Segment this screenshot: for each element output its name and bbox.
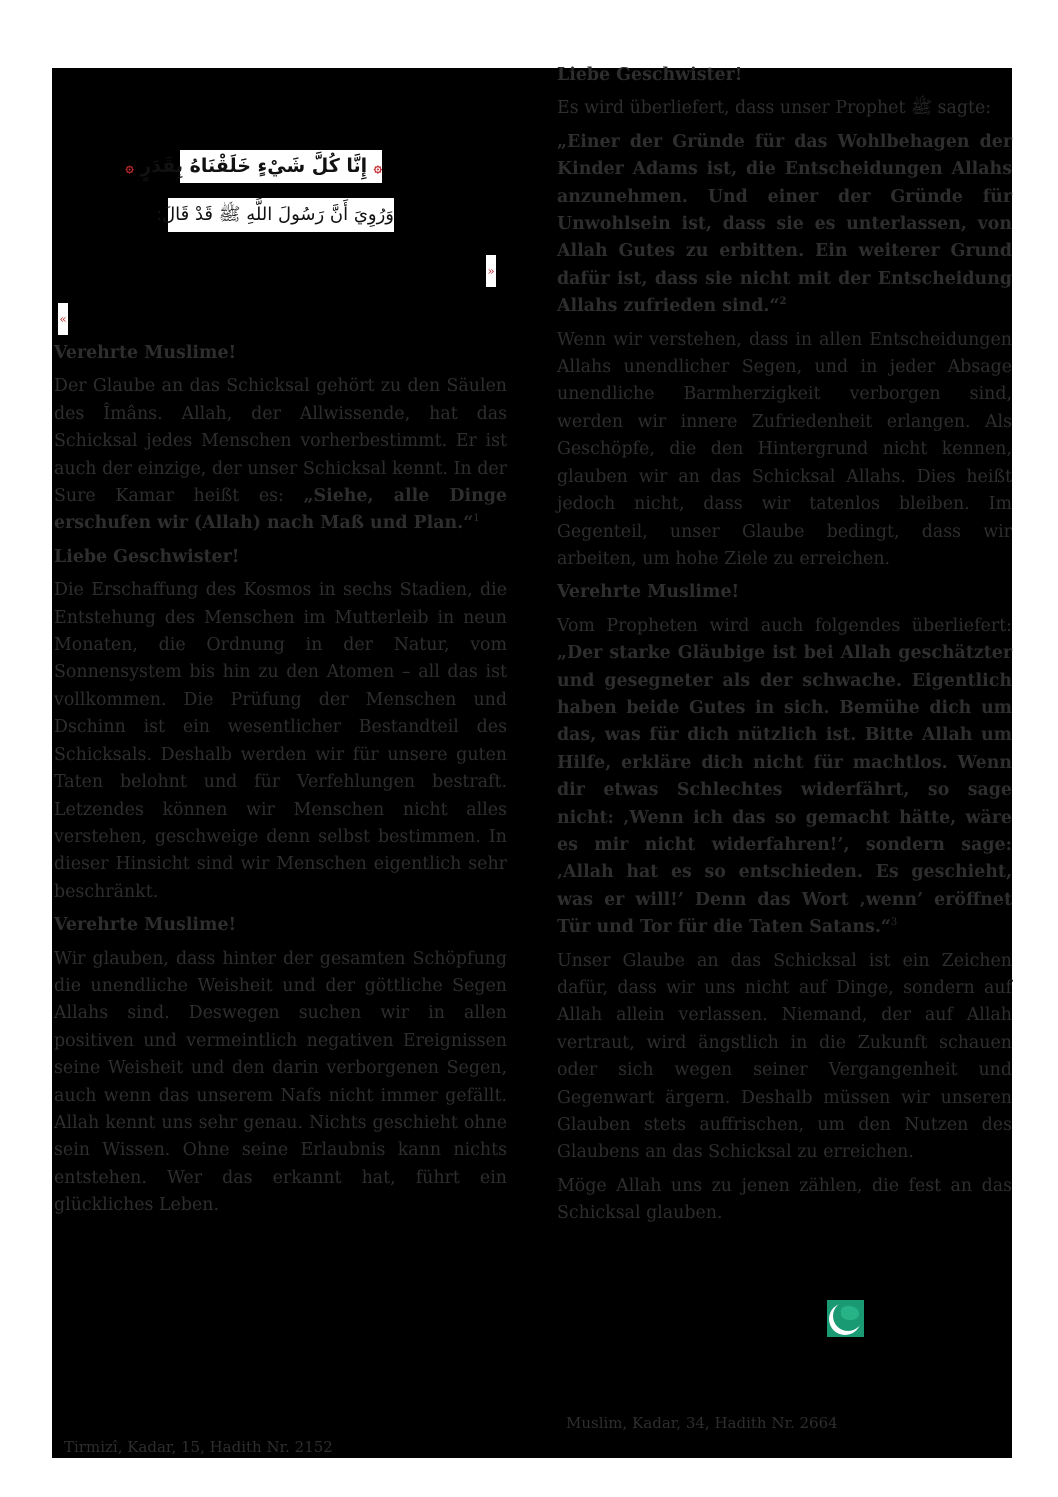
hadith-quote-text: „Einer der Gründe für das Wohlbehagen de…	[557, 132, 1012, 316]
heading-liebe-geschwister: Liebe Geschwister!	[54, 544, 507, 571]
paragraph: Wir glauben, dass hinter der gesamten Sc…	[54, 946, 507, 1220]
closing-prayer: Möge Allah uns zu jenen zählen, die fest…	[557, 1173, 1012, 1228]
paragraph: Unser Glaube an das Schicksal ist ein Ze…	[557, 948, 1012, 1167]
verse-ornament-left-icon: ۞	[126, 160, 134, 176]
hadith-quote: „Der starke Gläubige ist bei Allah gesch…	[557, 643, 1012, 937]
footnote-right: Muslim, Kadar, 34, Hadith Nr. 2664	[566, 1414, 838, 1432]
heading-verehrte-muslime: Verehrte Muslime!	[54, 340, 507, 367]
left-column: Verehrte Muslime! Der Glaube an das Schi…	[54, 340, 507, 1226]
footnote-ref: 1	[473, 514, 479, 525]
paragraph: Die Erschaffung des Kosmos in sechs Stad…	[54, 577, 507, 906]
heading-verehrte-muslime: Verehrte Muslime!	[557, 579, 1012, 606]
heading-liebe-geschwister: Liebe Geschwister!	[557, 62, 1012, 89]
paragraph: Es wird überliefert, dass unser Prophet …	[557, 95, 1012, 122]
arabic-verse-text: إِنَّا كُلَّ شَيْءٍ خَلَقْنَاهُ بِقَدَرٍ	[140, 155, 367, 177]
right-column: Liebe Geschwister! Es wird überliefert, …	[557, 62, 1012, 1234]
document-page: ۞ إِنَّا كُلَّ شَيْءٍ خَلَقْنَاهُ بِقَدَ…	[52, 68, 1012, 1458]
heading-verehrte-muslime: Verehrte Muslime!	[54, 912, 507, 939]
hadith-quote: „Einer der Gründe für das Wohlbehagen de…	[557, 129, 1012, 321]
arabic-verse: ۞ إِنَّا كُلَّ شَيْءٍ خَلَقْنَاهُ بِقَدَ…	[180, 150, 382, 183]
footnote-left: Tirmizî, Kadar, 15, Hadith Nr. 2152	[64, 1438, 333, 1456]
crescent-globe-logo-icon	[827, 1300, 864, 1337]
footnote-ref: 3	[891, 917, 897, 928]
arabic-hadith-intro: وَرُوِيَ أَنَّ رَسُولَ اللَّهِ ﷺ قَدْ قَ…	[168, 198, 394, 232]
paragraph-text: Vom Propheten wird auch folgendes überli…	[557, 616, 1012, 636]
paragraph: Wenn wir verstehen, dass in allen Entsch…	[557, 327, 1012, 574]
quote-open-mark: «	[58, 303, 68, 335]
paragraph: Vom Propheten wird auch folgendes überli…	[557, 613, 1012, 942]
globe-landmass	[841, 1306, 859, 1320]
quote-close-mark: »	[486, 255, 496, 287]
verse-ornament-right-icon: ۞	[374, 160, 382, 176]
footnote-ref: 2	[779, 296, 786, 307]
paragraph: Der Glaube an das Schicksal gehört zu de…	[54, 373, 507, 537]
